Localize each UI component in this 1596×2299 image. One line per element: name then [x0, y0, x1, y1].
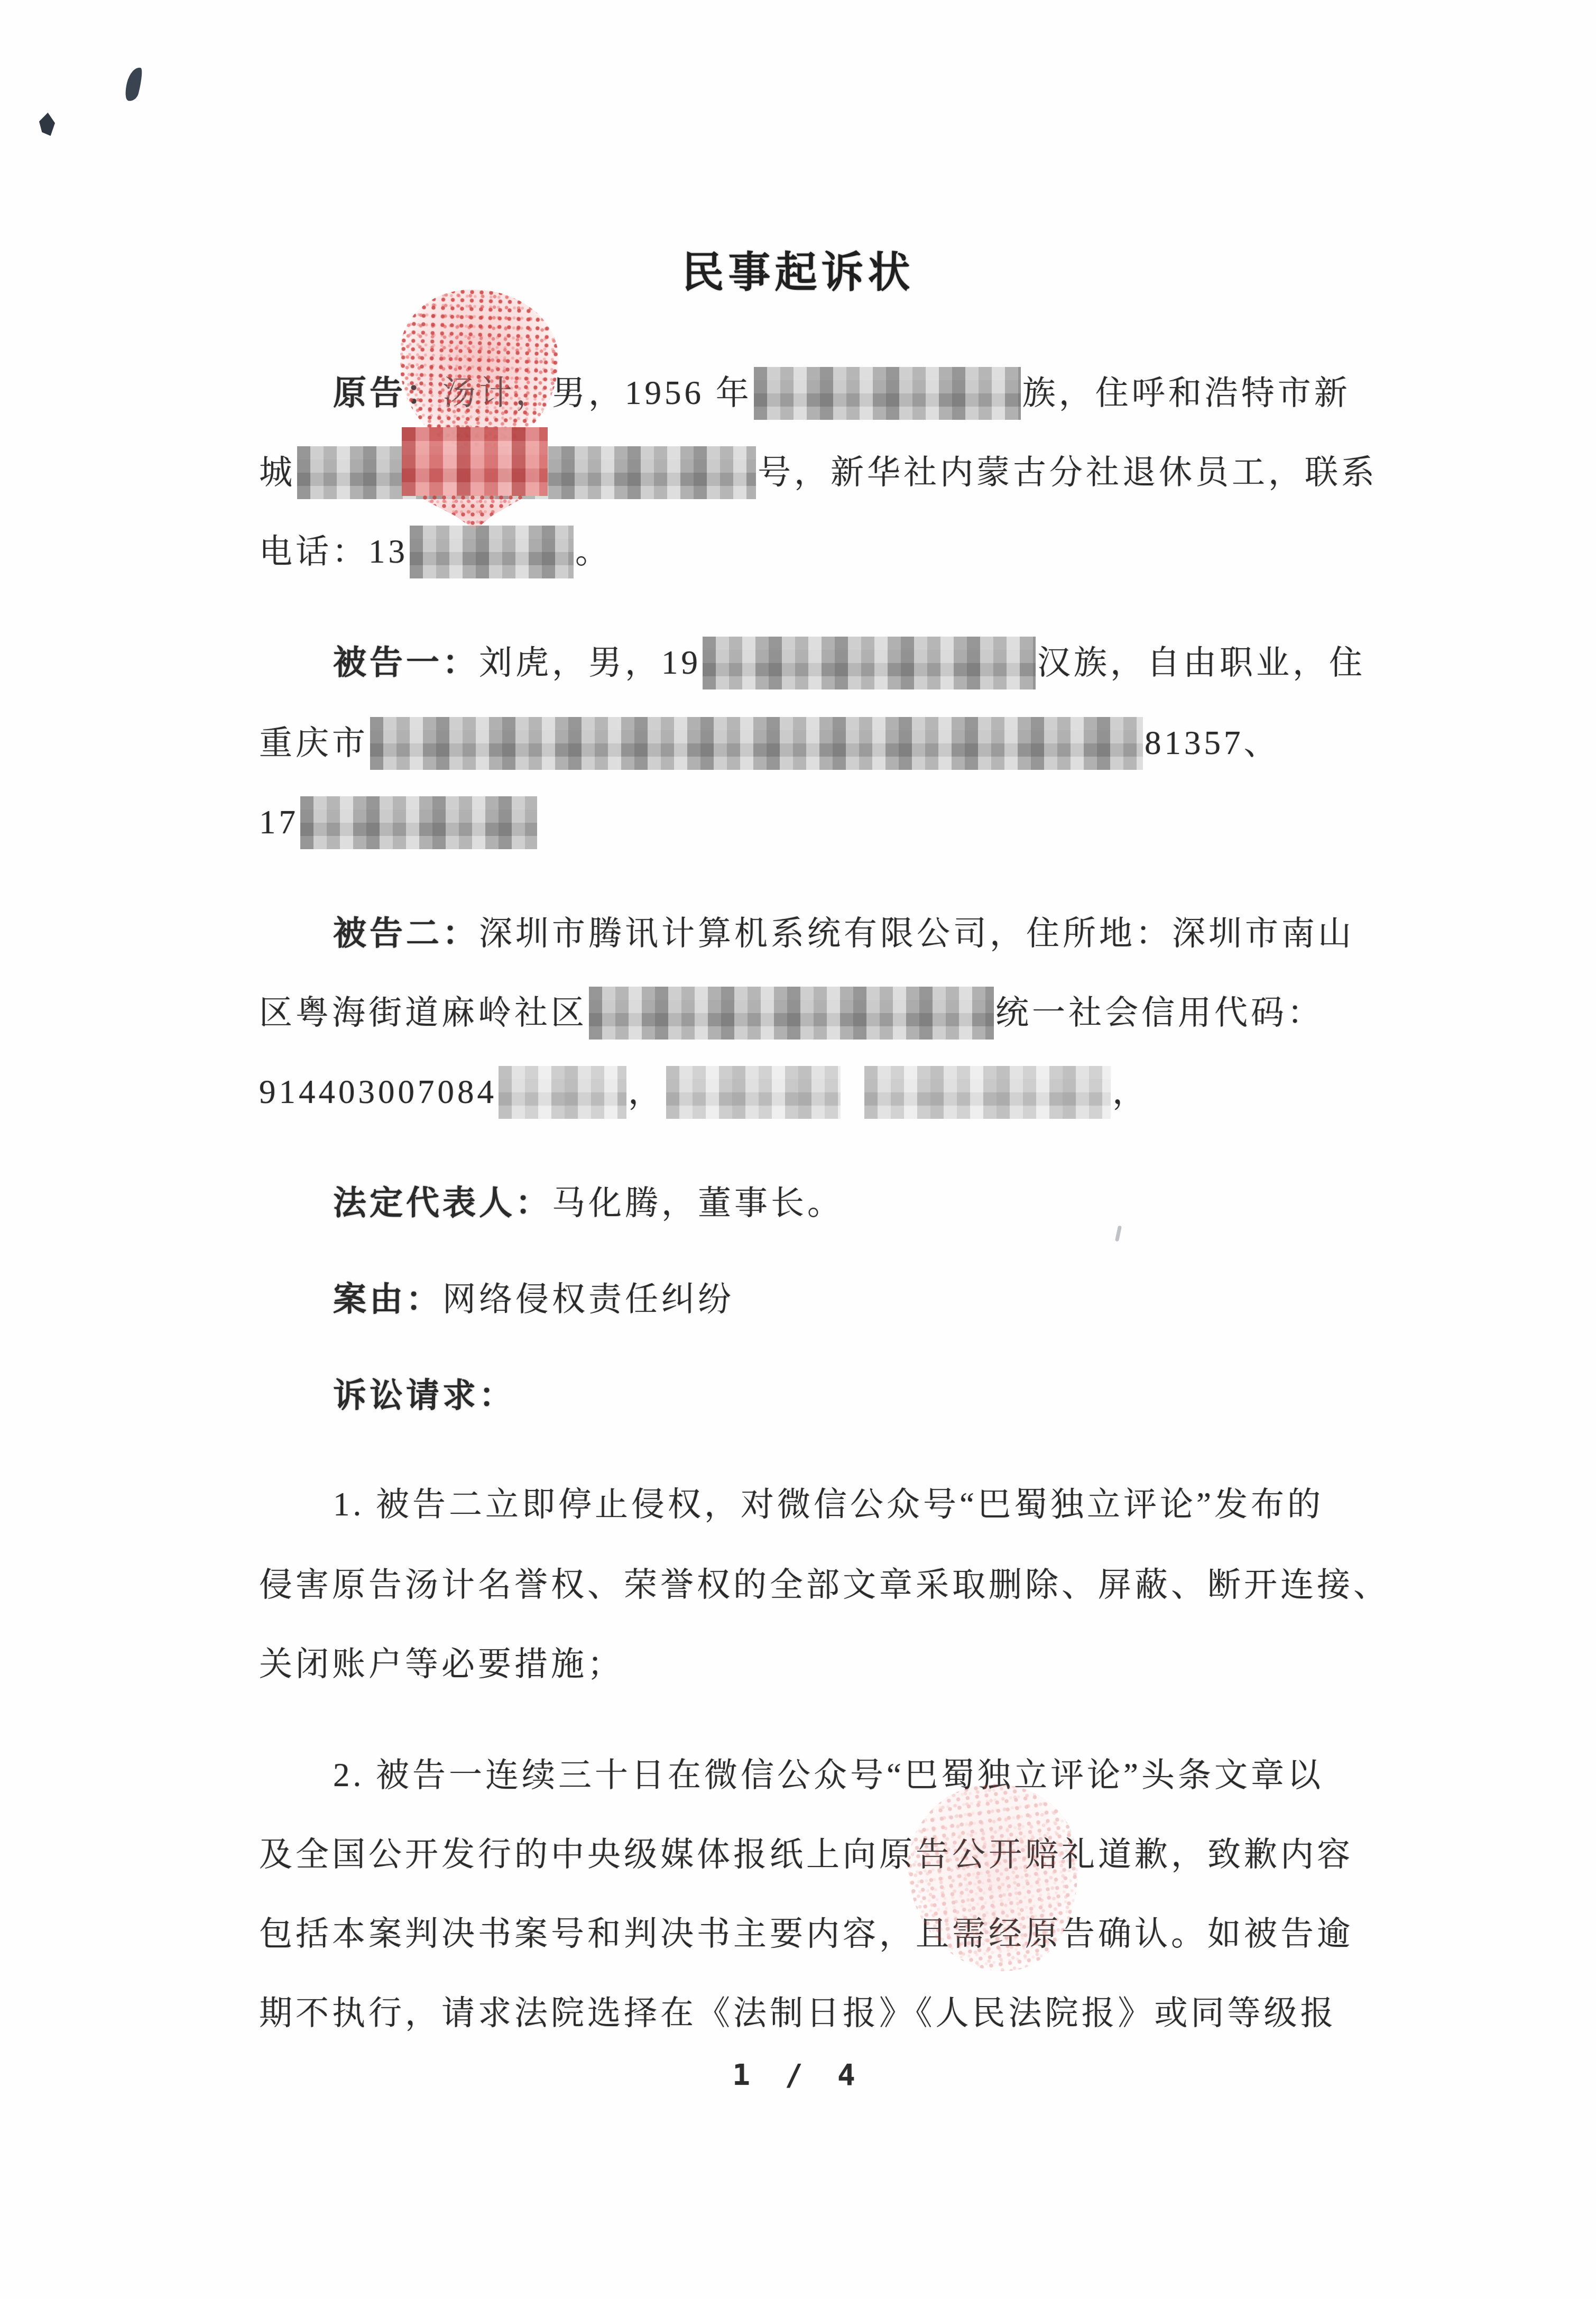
- redaction-mosaic: [589, 987, 994, 1040]
- text-segment: 电话：13: [259, 533, 408, 570]
- cause-label: 案由：: [333, 1281, 442, 1318]
- text-segment: 深圳市腾讯计算机系统有限公司，住所地：深圳市南山: [479, 915, 1354, 952]
- page-number: 1 / 4: [0, 2058, 1596, 2092]
- doc-line-claim1-1: 1. 被告二立即停止侵权，对微信公众号“巴蜀独立评论”发布的: [259, 1476, 1324, 1532]
- text-segment: 侵害原告汤计名誉权、荣誉权的全部文章采取删除、屏蔽、断开连接、: [259, 1566, 1390, 1603]
- doc-line-claim2-3: 包括本案判决书案号和判决书主要内容，且需经原告确认。如被告逾: [259, 1906, 1353, 1962]
- text-segment: 统一社会信用代码：: [995, 994, 1324, 1031]
- text-segment: 及全国公开发行的中央级媒体报纸上向原告公开赔礼道歉，致歉内容: [259, 1836, 1353, 1873]
- redaction-mosaic: [864, 1066, 1111, 1119]
- doc-line-defendant1-1: 被告一：刘虎，男，19汉族，自由职业，住: [259, 634, 1366, 691]
- defendant2-label: 被告二：: [333, 915, 479, 952]
- doc-line-defendant2-3: 914403007084，，: [259, 1064, 1149, 1120]
- text-segment: 网络侵权责任纠纷: [442, 1281, 734, 1318]
- doc-line-claims-heading: 诉讼请求：: [259, 1367, 515, 1423]
- redaction-mosaic: [754, 367, 1021, 420]
- ink-speck: [123, 66, 144, 103]
- doc-line-defendant1-2: 重庆市81357、: [259, 715, 1280, 771]
- redaction-mosaic: [703, 637, 1036, 689]
- text-segment: 族，住呼和浩特市新: [1022, 374, 1351, 411]
- redaction-mosaic: [499, 1066, 626, 1119]
- text-segment: 城: [259, 454, 296, 491]
- legal-representative-label: 法定代表人：: [333, 1184, 552, 1221]
- ink-speck: [39, 113, 55, 136]
- text-segment: 。: [575, 533, 612, 570]
- doc-line-legal-representative: 法定代表人：马化腾，董事长。: [259, 1175, 844, 1231]
- text-segment: 17: [259, 804, 299, 841]
- red-fingerprint-pixelated-band: [402, 427, 548, 496]
- text-segment: 号，新华社内蒙古分社退休员工，联系: [758, 454, 1378, 491]
- doc-line-claim1-3: 关闭账户等必要措施；: [259, 1636, 624, 1692]
- defendant1-label: 被告一：: [333, 644, 479, 681]
- text-segment: ，: [628, 1073, 665, 1110]
- text-segment: 914403007084: [259, 1073, 497, 1110]
- doc-line-defendant2-2: 区粤海街道麻岭社区统一社会信用代码：: [259, 985, 1324, 1041]
- text-segment: 刘虎，男，19: [479, 644, 701, 681]
- text-segment: 区粤海街道麻岭社区: [259, 994, 587, 1031]
- doc-line-claim2-4: 期不执行，请求法院选择在《法制日报》《人民法院报》或同等级报: [259, 1985, 1337, 2041]
- redaction-mosaic: [370, 717, 1143, 770]
- text-segment: 1. 被告二立即停止侵权，对微信公众号“巴蜀独立评论”发布的: [333, 1486, 1324, 1523]
- redaction-mosaic: [666, 1066, 841, 1119]
- text-segment: 包括本案判决书案号和判决书主要内容，且需经原告确认。如被告逾: [259, 1915, 1353, 1952]
- doc-line-plaintiff-3: 电话：13。: [259, 523, 612, 580]
- text-segment: 期不执行，请求法院选择在《法制日报》《人民法院报》或同等级报: [259, 1994, 1337, 2031]
- text-segment: ，: [1112, 1073, 1149, 1110]
- red-fingerprint-stamp: [397, 287, 561, 451]
- text-segment: 关闭账户等必要措施；: [259, 1645, 624, 1682]
- text-segment: 马化腾，董事长。: [552, 1184, 844, 1221]
- doc-line-claim1-2: 侵害原告汤计名誉权、荣誉权的全部文章采取删除、屏蔽、断开连接、: [259, 1557, 1390, 1613]
- doc-line-cause-of-action: 案由：网络侵权责任纠纷: [259, 1271, 734, 1327]
- text-segment: 汉族，自由职业，住: [1037, 644, 1366, 681]
- redaction-mosaic: [410, 526, 574, 578]
- text-segment: 81357、: [1145, 724, 1280, 761]
- page-title: 民事起诉状: [0, 238, 1596, 299]
- doc-line-claim2-1: 2. 被告一连续三十日在微信公众号“巴蜀独立评论”头条文章以: [259, 1747, 1324, 1803]
- redaction-mosaic: [300, 796, 537, 849]
- text-segment: 2. 被告一连续三十日在微信公众号“巴蜀独立评论”头条文章以: [333, 1757, 1324, 1794]
- doc-line-claim2-2: 及全国公开发行的中央级媒体报纸上向原告公开赔礼道歉，致歉内容: [259, 1826, 1353, 1882]
- document-page: 民事起诉状 原告：汤计，男，1956 年族，住呼和浩特市新 城号，新华社内蒙古分…: [0, 0, 1596, 2299]
- doc-line-defendant1-3: 17: [259, 794, 539, 850]
- claims-heading-label: 诉讼请求：: [333, 1377, 515, 1414]
- doc-line-defendant2-1: 被告二：深圳市腾讯计算机系统有限公司，住所地：深圳市南山: [259, 905, 1354, 961]
- ink-speck: [1115, 1226, 1122, 1242]
- text-segment: 重庆市: [259, 724, 368, 761]
